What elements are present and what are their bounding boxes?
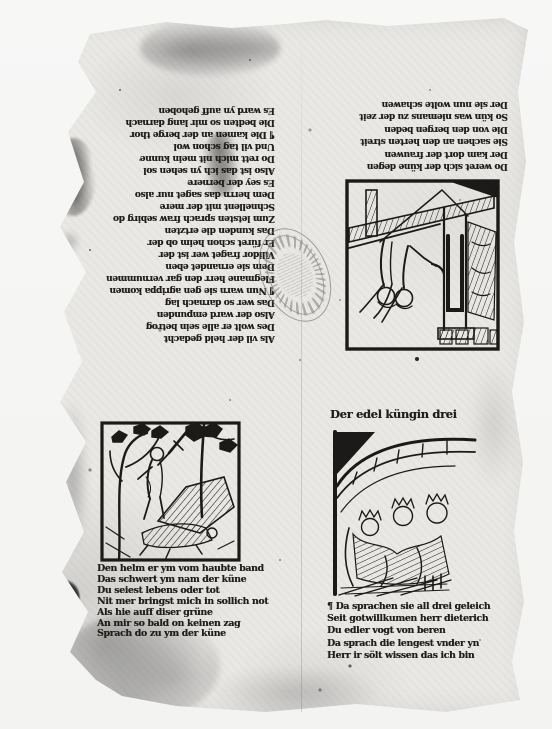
verse-line: Es sey der bernere bbox=[92, 176, 275, 188]
verse-line: Schnellent mit der mere bbox=[92, 200, 275, 212]
stain-bottom-center bbox=[210, 665, 380, 721]
verse-line: Dem herrn das saget nur also bbox=[92, 188, 275, 200]
verse-line: Do weret sich der küne degen bbox=[326, 160, 508, 172]
top-left-page-block: Als vil der held gedacht Des wolt er all… bbox=[92, 102, 275, 344]
verse-line: Da sprach die lengest vnder yn bbox=[327, 638, 532, 650]
inverted-text-column: Do weret sich der küne degen Der kam dor… bbox=[326, 96, 508, 172]
verse-line: Als hie auff diser grüne bbox=[97, 608, 297, 619]
verse-line: Und vil tag schon wol bbox=[92, 140, 275, 152]
chapter-heading: Der edel küngin drei bbox=[330, 407, 457, 421]
verse-line: Des wolt er alle sein betrog bbox=[92, 320, 275, 332]
verse-line: ¶ Nun warn sie gen agrippa komen bbox=[92, 284, 275, 296]
verse-line: Die von den bergen beden bbox=[326, 122, 508, 134]
verse-line: Nit mer bringst mich in sollich not bbox=[97, 597, 297, 608]
printers-mark-dot bbox=[415, 357, 419, 361]
ink-ring-spot bbox=[44, 578, 80, 618]
bottom-left-page-text: Den helm er ym vom haubte band Das schwe… bbox=[97, 564, 297, 640]
verse-line: ¶ Da sprachen sie all drei geleich bbox=[327, 601, 532, 613]
stain-small bbox=[58, 228, 80, 256]
stain-top bbox=[140, 20, 280, 76]
verse-line: Seit gotwillkumen herr dieterich bbox=[327, 613, 532, 625]
verse-line: Du edler vogt von beren bbox=[327, 625, 532, 637]
verse-line: Sie sachen an den herten streit bbox=[326, 135, 508, 147]
verse-line: Das kunden die ertzten bbox=[92, 224, 275, 236]
verse-line: Also ist das ich yn sehen sol bbox=[92, 164, 275, 176]
verse-line: Es ward yn auff gehoben bbox=[92, 104, 275, 116]
stain-left-streak bbox=[56, 400, 88, 555]
scanned-page-photo: Als vil der held gedacht Des wolt er all… bbox=[0, 0, 552, 729]
inverted-text-column: Als vil der held gedacht Des wolt er all… bbox=[92, 102, 275, 344]
hanging-scene-woodcut bbox=[344, 178, 502, 354]
verse-line: Also der ward empunden bbox=[92, 308, 275, 320]
bottom-right-page-text: ¶ Da sprachen sie all drei geleich Seit … bbox=[327, 601, 532, 662]
verse-line: Do rett mich nit mein kunne bbox=[92, 152, 275, 164]
verse-line: Als vil der held gedacht bbox=[92, 332, 275, 344]
verse-line: Flegmane herr den gar vernummen bbox=[92, 272, 275, 284]
verse-line: Der kam dort der frauwen bbox=[326, 147, 508, 159]
verse-line: Sprach do zu ym der küne bbox=[97, 629, 297, 640]
verse-line: Herr ir sölt wissen das ich bin bbox=[327, 650, 532, 662]
verse-line: Der sie nun wolte schawen bbox=[326, 98, 508, 110]
verse-line: Zum letsten sprach fraw sebirg do bbox=[92, 212, 275, 224]
verse-line: So kün was niemans zu der zeit bbox=[326, 110, 508, 122]
top-right-page-text: Do weret sich der küne degen Der kam dor… bbox=[326, 96, 508, 172]
verse-line: Das wer so darnach lag bbox=[92, 296, 275, 308]
bottom-right-page-heading: Der edel küngin drei bbox=[330, 407, 457, 421]
verse-line: ¶ Die kamen an der berge thor bbox=[92, 128, 275, 140]
verse-line: Dem sie ernandet eben bbox=[92, 260, 275, 272]
knight-forest-woodcut bbox=[100, 421, 241, 562]
verse-line: Die bedten so mir lang darnach bbox=[92, 116, 275, 128]
stain-left-edge bbox=[50, 138, 96, 216]
three-queens-arch-woodcut bbox=[329, 428, 479, 598]
